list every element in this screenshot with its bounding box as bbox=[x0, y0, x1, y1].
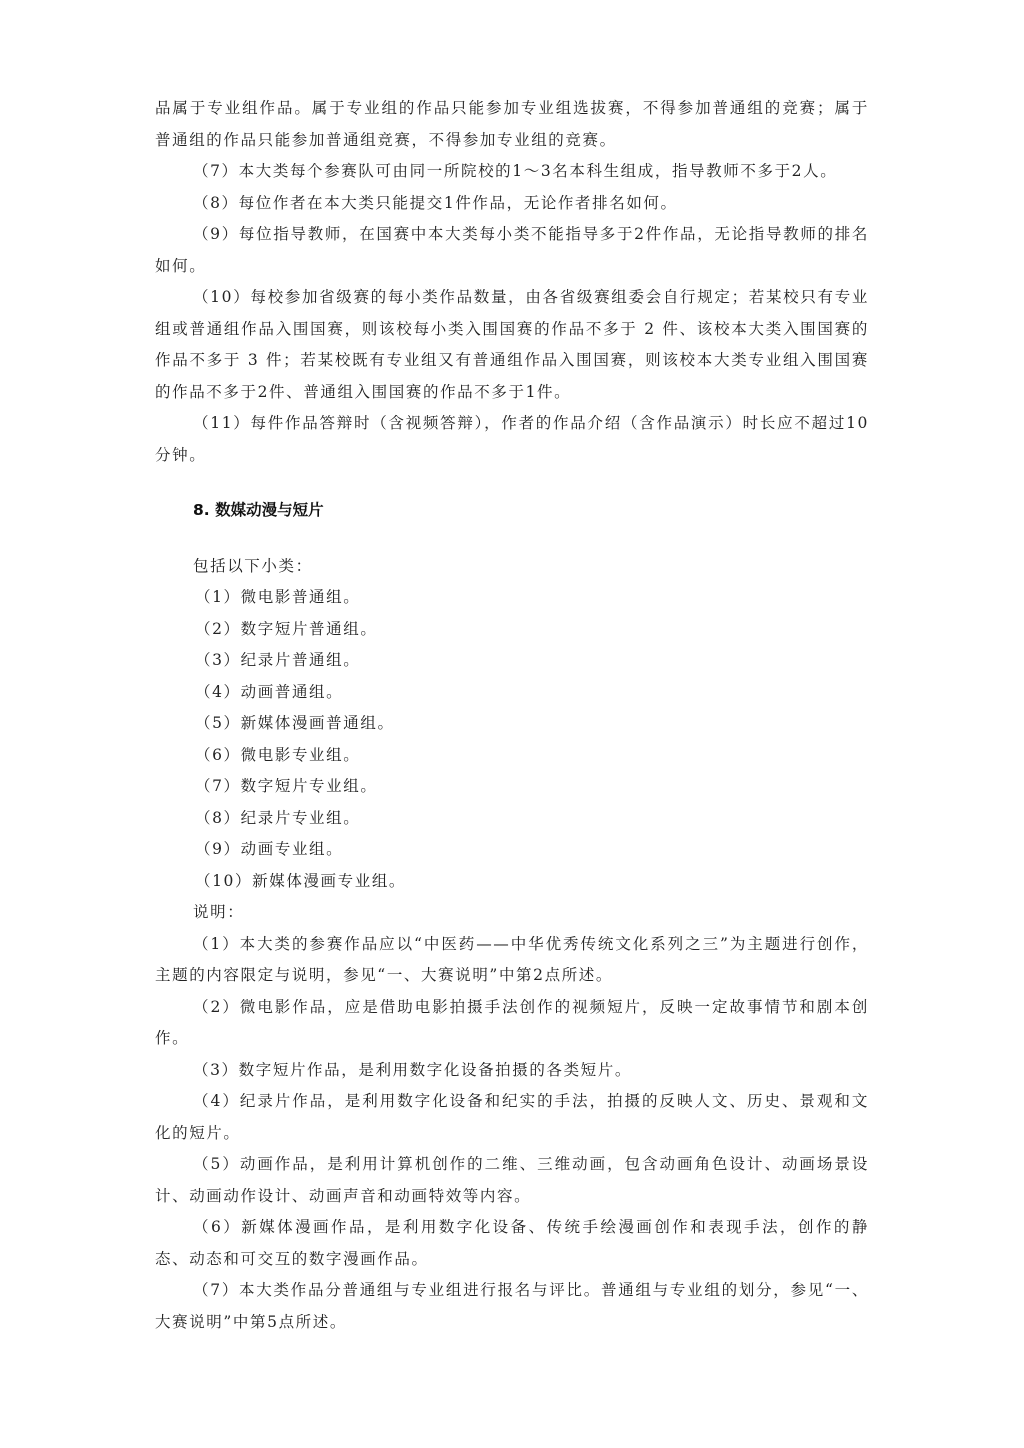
notes-label: 说明： bbox=[155, 897, 869, 929]
subcategory-item: （7）数字短片专业组。 bbox=[155, 771, 869, 803]
subcategory-item: （3）纪录片普通组。 bbox=[155, 645, 869, 677]
rule-11: （11）每件作品答辩时（含视频答辩），作者的作品介绍（含作品演示）时长应不超过1… bbox=[155, 408, 869, 471]
rule-7: （7）本大类每个参赛队可由同一所院校的1～3名本科生组成，指导教师不多于2人。 bbox=[155, 156, 869, 188]
note-1: （1）本大类的参赛作品应以“中医药——中华优秀传统文化系列之三”为主题进行创作，… bbox=[155, 929, 869, 992]
rule-8: （8）每位作者在本大类只能提交1件作品，无论作者排名如何。 bbox=[155, 188, 869, 220]
subcategory-item: （9）动画专业组。 bbox=[155, 834, 869, 866]
paragraph-continued: 品属于专业组作品。属于专业组的作品只能参加专业组选拔赛，不得参加普通组的竞赛；属… bbox=[155, 93, 869, 156]
note-3: （3）数字短片作品，是利用数字化设备拍摄的各类短片。 bbox=[155, 1055, 869, 1087]
subcategory-item: （8）纪录片专业组。 bbox=[155, 803, 869, 835]
rule-9: （9）每位指导教师，在国赛中本大类每小类不能指导多于2件作品，无论指导教师的排名… bbox=[155, 219, 869, 282]
note-6: （6）新媒体漫画作品，是利用数字化设备、传统手绘漫画创作和表现手法，创作的静态、… bbox=[155, 1212, 869, 1275]
note-5: （5）动画作品，是利用计算机创作的二维、三维动画，包含动画角色设计、动画场景设计… bbox=[155, 1149, 869, 1212]
subcategory-item: （1）微电影普通组。 bbox=[155, 582, 869, 614]
note-4: （4）纪录片作品，是利用数字化设备和纪实的手法，拍摄的反映人文、历史、景观和文化… bbox=[155, 1086, 869, 1149]
section-heading: 8. 数媒动漫与短片 bbox=[155, 495, 869, 527]
note-2: （2）微电影作品，应是借助电影拍摄手法创作的视频短片，反映一定故事情节和剧本创作… bbox=[155, 992, 869, 1055]
subcategory-item: （4）动画普通组。 bbox=[155, 677, 869, 709]
note-7: （7）本大类作品分普通组与专业组进行报名与评比。普通组与专业组的划分，参见“一、… bbox=[155, 1275, 869, 1338]
subcategory-item: （5）新媒体漫画普通组。 bbox=[155, 708, 869, 740]
subcategory-item: （10）新媒体漫画专业组。 bbox=[155, 866, 869, 898]
subcategory-item: （2）数字短片普通组。 bbox=[155, 614, 869, 646]
subcategory-intro: 包括以下小类： bbox=[155, 551, 869, 583]
rule-10: （10）每校参加省级赛的每小类作品数量，由各省级赛组委会自行规定；若某校只有专业… bbox=[155, 282, 869, 408]
document-page: 品属于专业组作品。属于专业组的作品只能参加专业组选拔赛，不得参加普通组的竞赛；属… bbox=[155, 93, 869, 1338]
subcategory-item: （6）微电影专业组。 bbox=[155, 740, 869, 772]
